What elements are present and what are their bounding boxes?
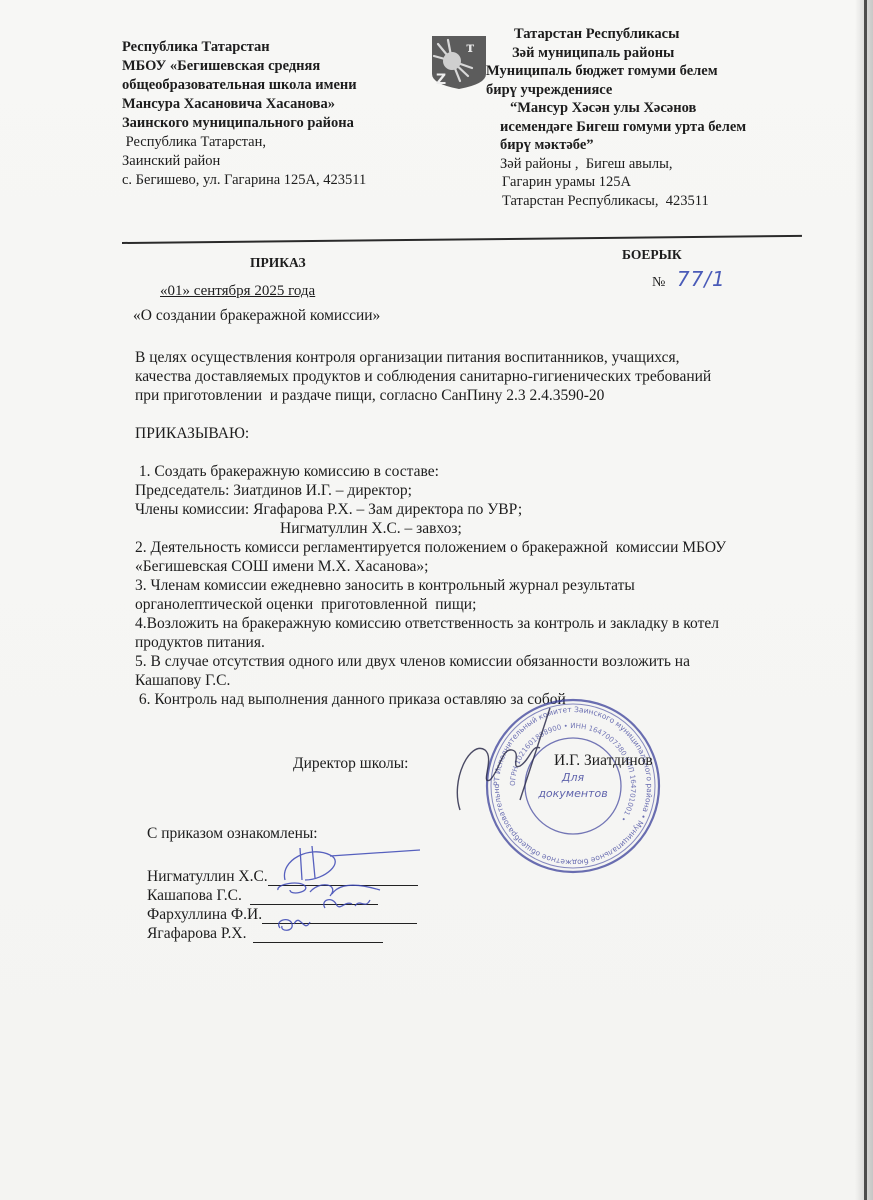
- header-right-line: Татарстан Республикасы: [500, 25, 746, 44]
- order-subject: «О создании бракеражной комиссии»: [133, 307, 380, 325]
- svg-text:т: т: [466, 40, 475, 56]
- order-item: 5. В случае отсутствия одного или двух ч…: [135, 652, 815, 671]
- header-right-address: Татарстан Республикасы, 423511: [500, 192, 746, 211]
- header-right-line: “Мансур Хәсән улы Хәсәнов: [500, 99, 746, 118]
- header-right-institution: Татарстан Республикасы Зәй муниципаль ра…: [500, 25, 746, 210]
- preamble-line: при приготовлении и раздаче пищи, соглас…: [135, 386, 815, 405]
- number-sign: №: [652, 275, 665, 290]
- order-body: В целях осуществления контроля организац…: [135, 348, 815, 709]
- header-left-line: Заинского муниципального района: [122, 114, 366, 133]
- svg-text:Для: Для: [561, 771, 585, 784]
- order-number-handwritten: 77/1: [677, 267, 726, 291]
- document-page: Республика Татарстан МБОУ «Бегишевская с…: [0, 0, 873, 1200]
- order-word: ПРИКАЗЫВАЮ:: [135, 424, 815, 443]
- order-item: 2. Деятельность комисси регламентируется…: [135, 538, 815, 557]
- header-left-address: Республика Татарстан,: [122, 133, 366, 152]
- order-item: «Бегишевская СОШ имени М.Х. Хасанова»;: [135, 557, 815, 576]
- header-right-address: Зәй районы , Бигеш авылы,: [500, 155, 746, 174]
- signature-title: Директор школы:: [293, 755, 408, 773]
- acknowledgement-name: Ягафарова Р.Х.: [147, 924, 247, 943]
- order-date: «01» сентября 2025 года: [160, 283, 315, 300]
- acknowledgement-name: Нигматуллин Х.С.: [147, 867, 268, 886]
- header-left-line: МБОУ «Бегишевская средняя: [122, 57, 366, 76]
- acknowledgement-name: Фархуллина Ф.И.: [147, 905, 262, 924]
- acknowledgement-signatures-icon: [270, 840, 420, 940]
- svg-text:Z: Z: [436, 72, 446, 88]
- header-right-line: Зәй муниципаль районы: [500, 44, 746, 63]
- preamble-line: В целях осуществления контроля организац…: [135, 348, 815, 367]
- header-divider: [122, 235, 802, 244]
- header-left-line: Республика Татарстан: [122, 38, 366, 57]
- header-right-line: бирү мәктәбе”: [500, 136, 746, 155]
- order-title-tt: БОЕРЫК: [622, 247, 682, 263]
- header-right-line: бирү учреждениясе: [486, 81, 746, 100]
- preamble-line: качества доставляемых продуктов и соблюд…: [135, 367, 815, 386]
- header-right-line: исемендәге Бигеш гомуми урта белем: [500, 118, 746, 137]
- order-item: 1. Создать бракеражную комиссию в состав…: [135, 462, 815, 481]
- order-item: продуктов питания.: [135, 633, 815, 652]
- order-number: № 77/1: [652, 267, 726, 291]
- order-item: Члены комиссии: Ягафарова Р.Х. – Зам дир…: [135, 500, 815, 519]
- scan-edge: [855, 0, 873, 1200]
- acknowledgement-name: Кашапова Г.С.: [147, 886, 242, 905]
- order-item: органолептической оценки приготовленной …: [135, 595, 815, 614]
- header-right-address: Гагарин урамы 125А: [500, 173, 746, 192]
- order-item: 3. Членам комиссии ежедневно заносить в …: [135, 576, 815, 595]
- header-left-address: Заинский район: [122, 152, 366, 171]
- order-title-ru: ПРИКАЗ: [250, 255, 306, 271]
- header-left-line: общеобразовательная школа имени: [122, 76, 366, 95]
- coat-of-arms-icon: т Z: [430, 34, 488, 90]
- signature-name: И.Г. Зиатдинов: [554, 752, 653, 770]
- director-signature-icon: [440, 700, 560, 820]
- order-item: Председатель: Зиатдинов И.Г. – директор;: [135, 481, 815, 500]
- order-item: Кашапову Г.С.: [135, 671, 815, 690]
- order-item: 4.Возложить на бракеражную комиссию отве…: [135, 614, 815, 633]
- header-left-line: Мансура Хасановича Хасанова»: [122, 95, 366, 114]
- order-item: Нигматуллин Х.С. – завхоз;: [135, 519, 815, 538]
- header-left-institution: Республика Татарстан МБОУ «Бегишевская с…: [122, 38, 366, 190]
- header-right-line: Муниципаль бюджет гомуми белем: [486, 62, 746, 81]
- header-left-address: с. Бегишево, ул. Гагарина 125А, 423511: [122, 171, 366, 190]
